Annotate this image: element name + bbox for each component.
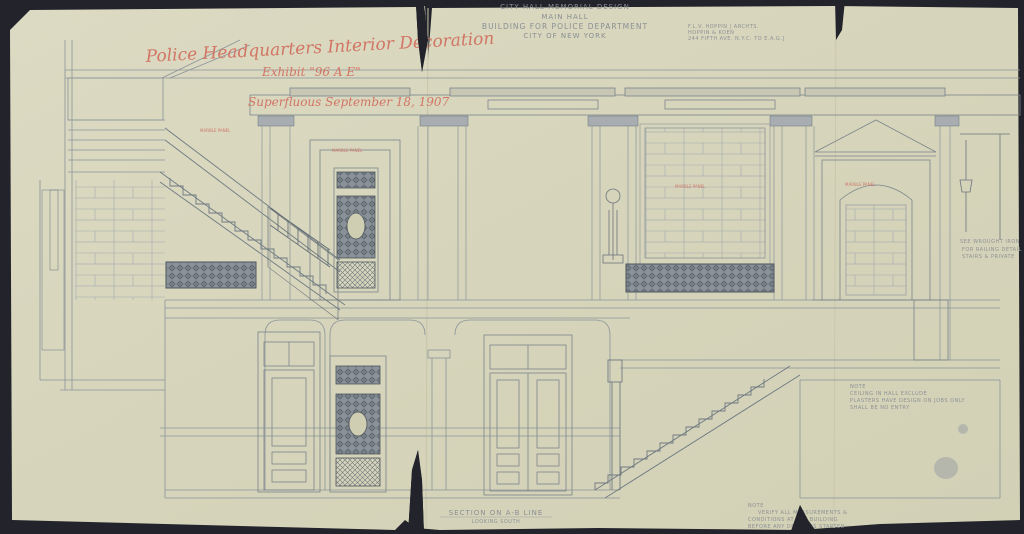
left-wall-masonry — [75, 180, 165, 300]
svg-text:FOR RAILING DETAIL: FOR RAILING DETAIL — [962, 247, 1022, 253]
title-line-2: MAIN HALL — [541, 13, 588, 21]
svg-text:SEE WROUGHT IRON: SEE WROUGHT IRON — [960, 239, 1020, 245]
svg-text:STAIRS & PRIVATE: STAIRS & PRIVATE — [962, 254, 1015, 260]
svg-text:PLASTERS HAVE DESIGN ON JOBS O: PLASTERS HAVE DESIGN ON JOBS ONLY — [850, 398, 965, 404]
title-line-3: BUILDING FOR POLICE DEPARTMENT — [482, 22, 648, 31]
svg-text:CONDITIONS AT THE BUILDING: CONDITIONS AT THE BUILDING — [748, 517, 838, 523]
svg-text:MARBLE PANEL: MARBLE PANEL — [675, 184, 706, 189]
section-subtitle: LOOKING SOUTH — [472, 519, 521, 525]
side-note: SEE WROUGHT IRON FOR RAILING DETAIL STAI… — [960, 239, 1022, 260]
title-line-1: CITY HALL MEMORIAL DESIGN — [500, 3, 630, 11]
annotation-line-2: Exhibit "96 A E" — [261, 65, 361, 79]
svg-text:NOTE: NOTE — [748, 503, 764, 509]
stain — [934, 457, 958, 479]
title-line-4: CITY OF NEW YORK — [523, 32, 606, 40]
svg-text:MARBLE PANEL: MARBLE PANEL — [200, 128, 231, 133]
svg-text:SHALL BE NO ENTRY: SHALL BE NO ENTRY — [850, 405, 910, 411]
svg-text:MARBLE PANEL: MARBLE PANEL — [845, 182, 876, 187]
marble-wall-panel — [640, 124, 770, 264]
architects-line-3: 244 FIFTH AVE. N.Y.C. TO E.A.G.] — [688, 36, 785, 42]
svg-text:MARBLE PANEL: MARBLE PANEL — [332, 148, 363, 153]
svg-text:NOTE: NOTE — [850, 384, 866, 390]
right-balcony-railing — [626, 264, 774, 292]
blueprint-sheet: CITY HALL MEMORIAL DESIGN MAIN HALL BUIL… — [0, 0, 1024, 534]
lower-grille-door — [330, 356, 386, 492]
left-balcony-railing — [166, 262, 256, 288]
annotation-line-3: Superfluous September 18, 1907 — [248, 95, 450, 109]
svg-text:CEILING IN HALL EXCLUDE: CEILING IN HALL EXCLUDE — [850, 391, 927, 397]
section-title: SECTION ON A-B LINE — [449, 509, 544, 517]
